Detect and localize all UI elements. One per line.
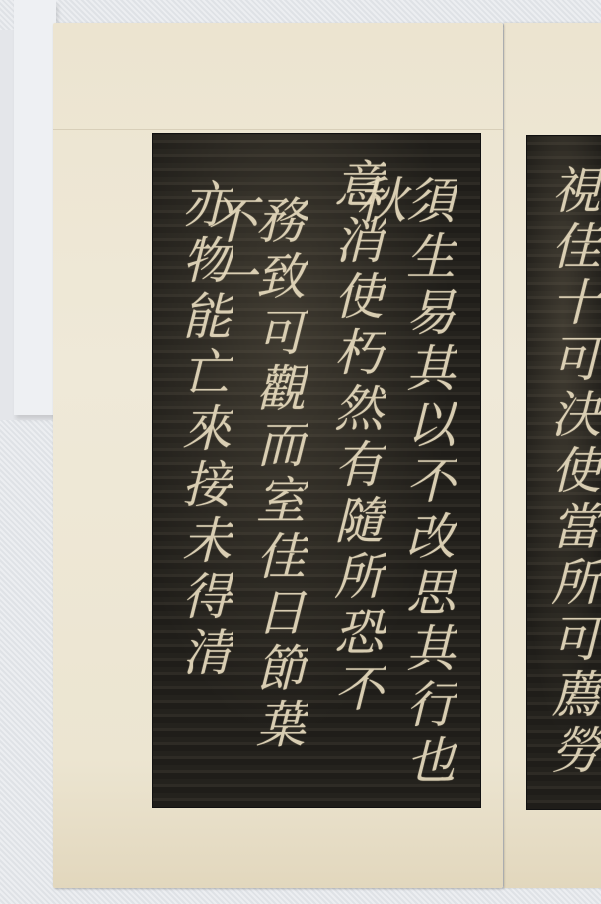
rubbing-panel-right: 視佳十可決使當所可薦勞	[526, 135, 601, 810]
paper-fold-line	[53, 129, 503, 130]
calligraphy-column-5: 視佳十可決使當所可薦勞	[547, 164, 597, 780]
foam-background-left	[0, 420, 54, 904]
rubbing-panel-left: 須生易其以不改思其行也秋 意消使朽然有隨所恐不 務致可觀而室佳日節葉不一 亦物能…	[152, 133, 481, 808]
foam-background-bottom	[0, 886, 601, 904]
calligraphy-column-2: 意消使朽然有隨所恐不	[330, 158, 380, 718]
foam-block	[14, 0, 56, 415]
calligraphy-column-4: 亦物能亡來接未得清	[178, 178, 228, 682]
